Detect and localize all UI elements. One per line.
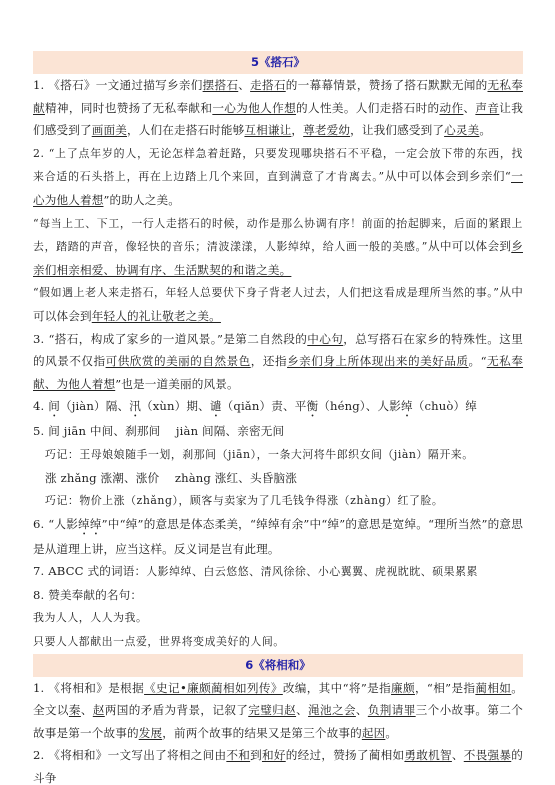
emphasis-text: 谴 bbox=[210, 399, 222, 413]
paragraph: “假如遇上老人来走搭石，年轻人总要伏下身子背老人过去，人们把这看成是理所当然的事… bbox=[33, 281, 523, 327]
paragraph: 巧记：王母娘娘随手一划，刹那间（jiān），一条大河将牛郎织女间（jiàn）隔开… bbox=[33, 443, 523, 467]
text-segment: （qiǎn）责、平 bbox=[222, 399, 307, 413]
text-segment: ，前两个故事的结果又是第三个故事的 bbox=[162, 726, 362, 740]
document-page: 5《搭石》 1. 《搭石》一文通过描写乡亲们摆搭石、走搭石的一幕幕情景，赞扬了搭… bbox=[33, 51, 523, 785]
underlined-answer: 赵 bbox=[93, 703, 105, 717]
paragraph: 巧记：物价上涨（zhǎng），顾客与卖家为了几毛钱争得涨（zhàng）红了脸。 bbox=[33, 489, 523, 513]
underlined-answer: 完璧归赵 bbox=[248, 703, 296, 717]
section-body-jiangxianghe: 1. 《将相和》是根据《史记•廉颇蔺相如列传》改编，其中“将”是指廉颇，“相”是… bbox=[33, 677, 523, 785]
underlined-answer: 一心为他人作想 bbox=[212, 101, 296, 115]
text-segment: 的一幕幕情景，赞扬了搭石默默无闻的 bbox=[286, 78, 488, 92]
underlined-answer: 年轻人的礼让敬老之美。 bbox=[92, 309, 221, 323]
underlined-answer: 不和 bbox=[226, 748, 250, 762]
underlined-answer: 摆搭石 bbox=[203, 78, 239, 92]
text-segment: 3. “搭石，构成了家乡的一道风景。”是第二自然段的 bbox=[33, 332, 307, 346]
text-segment: ”也是一道美丽的风景。 bbox=[115, 377, 239, 391]
paragraph: 我为人人，人人为我。 bbox=[33, 606, 523, 630]
underlined-answer: 声音 bbox=[475, 101, 499, 115]
underlined-answer: 乡亲们身上所体现出来的美好品质 bbox=[287, 354, 468, 368]
text-segment: 人影绰绰、白云悠悠、清风徐徐、小心翼翼、虎视眈眈、硕果累累 bbox=[146, 565, 478, 578]
text-segment: 6. “人影 bbox=[33, 517, 78, 531]
paragraph: 3. “搭石，构成了家乡的一道风景。”是第二自然段的中心句，总写搭石在家乡的特殊… bbox=[33, 328, 523, 396]
text-segment: 从中可以体会到乡亲们“ bbox=[385, 169, 511, 183]
text-segment: 5. 间 jiān 中间、刹那间 jiàn 间隔、亲密无间 bbox=[33, 424, 284, 438]
paragraph: 2. “上了点年岁的人，无论怎样急着赶路，只要发现哪块搭石不平稳，一定会放下带的… bbox=[33, 142, 523, 212]
text-segment: 、 bbox=[238, 78, 250, 92]
text-segment: 的人性美。人们走搭石时的 bbox=[296, 101, 439, 115]
text-segment: 的经过，赞扬了蔺相如 bbox=[286, 748, 405, 762]
text-segment: （jiàn）隔、 bbox=[60, 399, 129, 413]
text-segment: 改编，其中“将”是指 bbox=[283, 681, 391, 695]
text-segment: 。 bbox=[385, 726, 397, 740]
underlined-answer: 互相谦让 bbox=[244, 123, 291, 137]
text-segment: 、 bbox=[463, 101, 475, 115]
underlined-answer: 廉颇 bbox=[391, 681, 415, 695]
emphasis-text: 绰 bbox=[401, 399, 413, 413]
text-segment: ，让我们感受到了 bbox=[350, 123, 444, 137]
paragraph: 只要人人都献出一点爱，世界将变成美好的人间。 bbox=[33, 630, 523, 654]
text-segment: 巧记：王母娘娘随手一划，刹那间（jiān），一条大河将牛郎织女间（jiàn）隔开… bbox=[45, 448, 474, 461]
underlined-answer: 负荆请罪 bbox=[368, 703, 416, 717]
paragraph: 5. 间 jiān 中间、刹那间 jiàn 间隔、亲密无间 bbox=[33, 420, 523, 443]
underlined-answer: 渑池之会 bbox=[308, 703, 356, 717]
text-segment: ”的助人之美。 bbox=[103, 193, 180, 207]
underlined-answer: 勇敢机智 bbox=[404, 748, 451, 762]
underlined-answer: 心灵美 bbox=[444, 123, 479, 137]
paragraph: 1. 《将相和》是根据《史记•廉颇蔺相如列传》改编，其中“将”是指廉颇，“相”是… bbox=[33, 677, 523, 745]
paragraph: 4. 间（jiàn）隔、汛（xùn）期、谴（qiǎn）责、平衡（héng）、人影… bbox=[33, 395, 523, 420]
emphasis-text: 汛 bbox=[129, 399, 141, 413]
paragraph: 8. 赞美奉献的名句： bbox=[33, 584, 523, 607]
emphasis-text: 绰绰 bbox=[78, 517, 102, 531]
section-body-dashi: 1. 《搭石》一文通过描写乡亲们摆搭石、走搭石的一幕幕情景，赞扬了搭石默默无闻的… bbox=[33, 74, 523, 654]
underlined-answer: 动作 bbox=[439, 101, 463, 115]
text-segment: 7. ABCC 式的词语： bbox=[33, 564, 146, 578]
text-segment: ，人们在走搭石时能够 bbox=[127, 123, 244, 137]
text-segment: 4. bbox=[33, 399, 48, 413]
text-segment: 两国的矛盾为背景，记叙了 bbox=[105, 703, 248, 717]
text-segment: ”中“绰”的意思是体态柔美，“绰绰有余”中“绰”的意思是宽绰。“理所当然”的意思… bbox=[33, 517, 523, 556]
paragraph: 6. “人影绰绰”中“绰”的意思是体态柔美，“绰绰有余”中“绰”的意思是宽绰。“… bbox=[33, 513, 523, 561]
paragraph: 1. 《搭石》一文通过描写乡亲们摆搭石、走搭石的一幕幕情景，赞扬了搭石默默无闻的… bbox=[33, 74, 523, 142]
text-segment: “假如遇上老人来走搭石，年轻人总要伏下身子背老人过去，人们把这看成是理所当然的事… bbox=[33, 286, 499, 299]
text-segment: 。 bbox=[479, 123, 491, 137]
underlined-answer: 尊老爱幼 bbox=[303, 123, 350, 137]
text-segment: 2. 《将相和》一文写出了将相之间由 bbox=[33, 748, 226, 762]
text-segment: 只要人人都献出一点爱，世界将变成美好的人间。 bbox=[33, 635, 285, 648]
text-segment: 到 bbox=[250, 748, 262, 762]
emphasis-text: 间 bbox=[48, 399, 60, 413]
underlined-answer: 和好 bbox=[262, 748, 286, 762]
underlined-answer: 起因 bbox=[362, 726, 386, 740]
text-segment: 1. 《将相和》是根据 bbox=[33, 681, 144, 695]
text-segment: 精神，同时也赞扬了无私奉献和 bbox=[45, 101, 212, 115]
text-segment: ，还指 bbox=[251, 354, 287, 368]
underlined-answer: 不畏强暴 bbox=[464, 748, 511, 762]
text-segment: ， bbox=[291, 123, 303, 137]
underlined-answer: 秦 bbox=[69, 703, 81, 717]
text-segment: （héng）、人影 bbox=[318, 399, 401, 413]
underlined-answer: 中心句 bbox=[307, 332, 343, 346]
section-header-jiangxianghe: 6《将相和》 bbox=[33, 654, 523, 677]
text-segment: 1. 《搭石》一文通过描写乡亲们 bbox=[33, 78, 203, 92]
underlined-answer: 蔺相如 bbox=[475, 681, 511, 695]
text-segment: 我为人人，人人为我。 bbox=[33, 611, 147, 624]
underlined-answer: 走搭石 bbox=[250, 78, 286, 92]
text-segment: （chuò）绰 bbox=[413, 399, 477, 413]
text-segment: （xùn）期、 bbox=[141, 399, 210, 413]
text-segment: ，“相”是指 bbox=[415, 681, 475, 695]
underlined-answer: 发展 bbox=[139, 726, 163, 740]
text-segment: 。“ bbox=[469, 354, 487, 368]
text-segment: 、 bbox=[452, 748, 464, 762]
text-segment: 8. 赞美奉献的名句： bbox=[33, 588, 142, 602]
text-segment: 从中可以体会到 bbox=[428, 239, 511, 253]
underlined-answer: 可供欣赏的美丽的自然景色 bbox=[106, 354, 251, 368]
paragraph: 7. ABCC 式的词语：人影绰绰、白云悠悠、清风徐徐、小心翼翼、虎视眈眈、硕果… bbox=[33, 560, 523, 584]
paragraph: 涨 zhǎng 涨潮、涨价 zhàng 涨红、头昏脑涨 bbox=[33, 467, 523, 490]
text-segment: 、 bbox=[81, 703, 93, 717]
emphasis-text: 衡 bbox=[306, 399, 318, 413]
text-segment: 、 bbox=[296, 703, 308, 717]
paragraph: 2. 《将相和》一文写出了将相之间由不和到和好的经过，赞扬了蔺相如勇敢机智、不畏… bbox=[33, 744, 523, 785]
text-segment: 巧记：物价上涨（zhǎng），顾客与卖家为了几毛钱争得涨（zhàng）红了脸。 bbox=[45, 494, 443, 507]
text-segment: 、 bbox=[356, 703, 368, 717]
paragraph: “每当上工、下工，一行人走搭石的时候，动作是那么协调有序！前面的抬起脚来，后面的… bbox=[33, 212, 523, 282]
section-header-dashi: 5《搭石》 bbox=[33, 51, 523, 74]
underlined-answer: 《史记•廉颇蔺相如列传》 bbox=[144, 681, 283, 695]
text-segment: 涨 zhǎng 涨潮、涨价 zhàng 涨红、头昏脑涨 bbox=[45, 471, 297, 485]
underlined-answer: 画面美 bbox=[92, 123, 127, 137]
